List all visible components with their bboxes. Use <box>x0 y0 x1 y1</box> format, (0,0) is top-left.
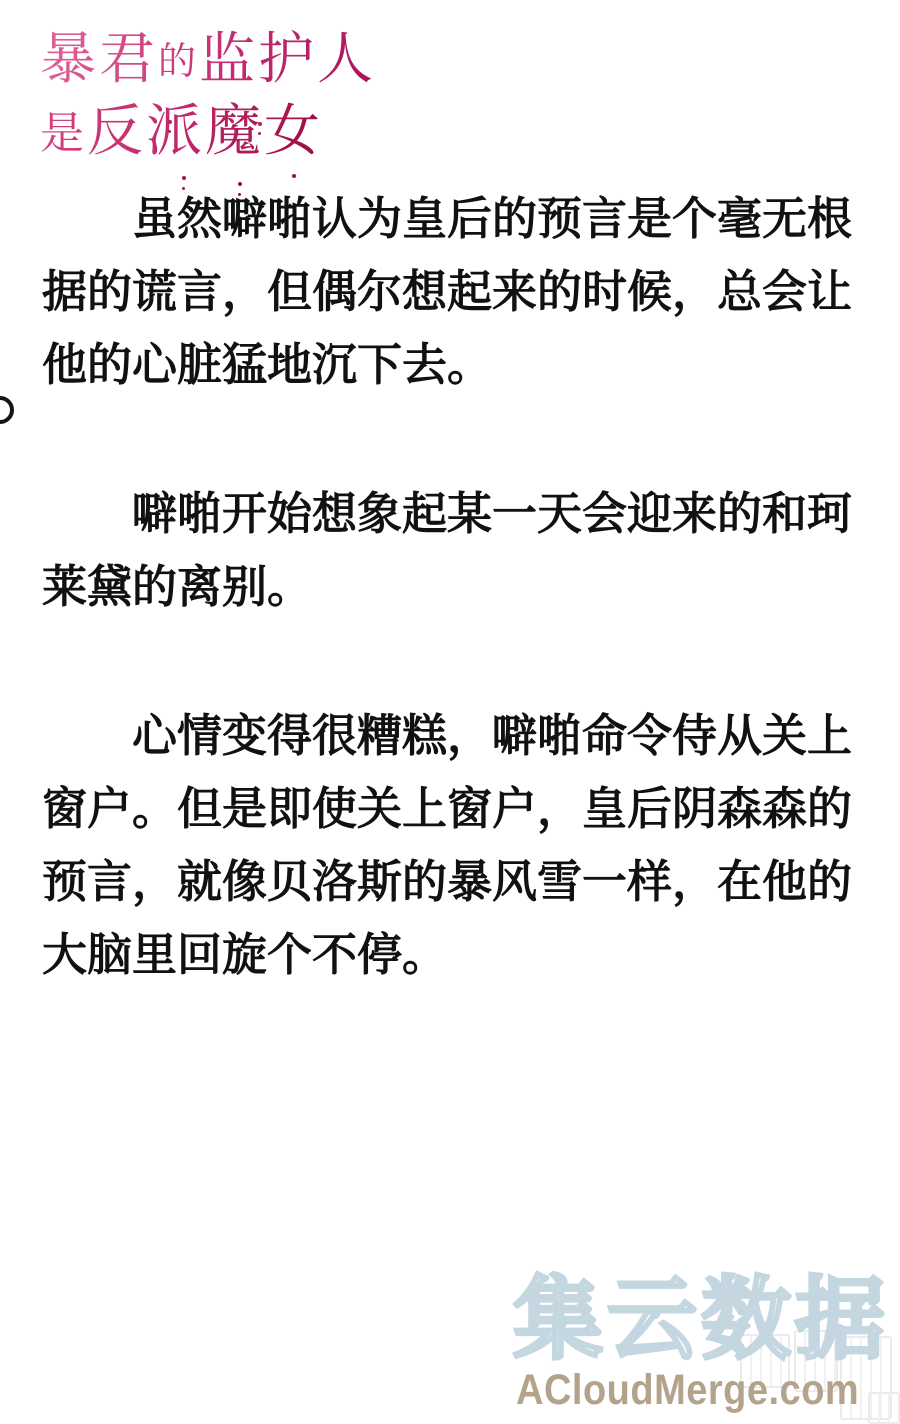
watermark-url: ACloudMerge.com <box>516 1366 859 1415</box>
logo-text-segment: 反派魔女 <box>87 99 323 164</box>
faint-mark <box>740 1334 790 1388</box>
logo-ornament-dot <box>168 120 172 124</box>
logo-ornament-dot <box>258 122 262 126</box>
logo-ornament-dot <box>258 132 261 135</box>
logo-text-segment: 的 <box>158 39 199 83</box>
story-paragraph: 噼啪开始想象起某一天会迎来的和珂莱黛的离别。 <box>42 477 862 623</box>
faint-watermark-remnant <box>740 1326 900 1422</box>
story-text: 虽然噼啪认为皇后的预言是个毫无根据的谎言，但偶尔想起来的时候，总会让他的心脏猛地… <box>42 182 862 1067</box>
page-edge-mark <box>0 396 14 424</box>
logo-text-segment: 暴君 <box>40 27 158 92</box>
faint-mark <box>794 1330 838 1392</box>
logo-text-segment: 是 <box>40 108 87 159</box>
comic-text-page: 暴君的监护人 是反派魔女 虽然噼啪认为皇后的预言是个毫无根据的谎言，但偶尔想起来… <box>0 0 900 1424</box>
series-logo: 暴君的监护人 是反派魔女 <box>40 26 360 167</box>
logo-ornament-dot <box>182 176 186 180</box>
faint-mark <box>840 1336 892 1420</box>
watermark-brand-cn: 集云数据 <box>513 1270 889 1370</box>
story-paragraph: 虽然噼啪认为皇后的预言是个毫无根据的谎言，但偶尔想起来的时候，总会让他的心脏猛地… <box>42 182 862 401</box>
logo-ornament-dot <box>168 130 171 133</box>
logo-ornament-dot <box>292 174 296 178</box>
logo-text-segment: 监护人 <box>199 27 376 92</box>
logo-line-2: 是反派魔女 <box>40 99 323 167</box>
faint-mark <box>868 1392 900 1424</box>
logo-line-1: 暴君的监护人 <box>40 26 376 95</box>
story-paragraph: 心情变得很糟糕，噼啪命令侍从关上窗户。但是即使关上窗户，皇后阴森森的预言，就像贝… <box>42 699 862 991</box>
